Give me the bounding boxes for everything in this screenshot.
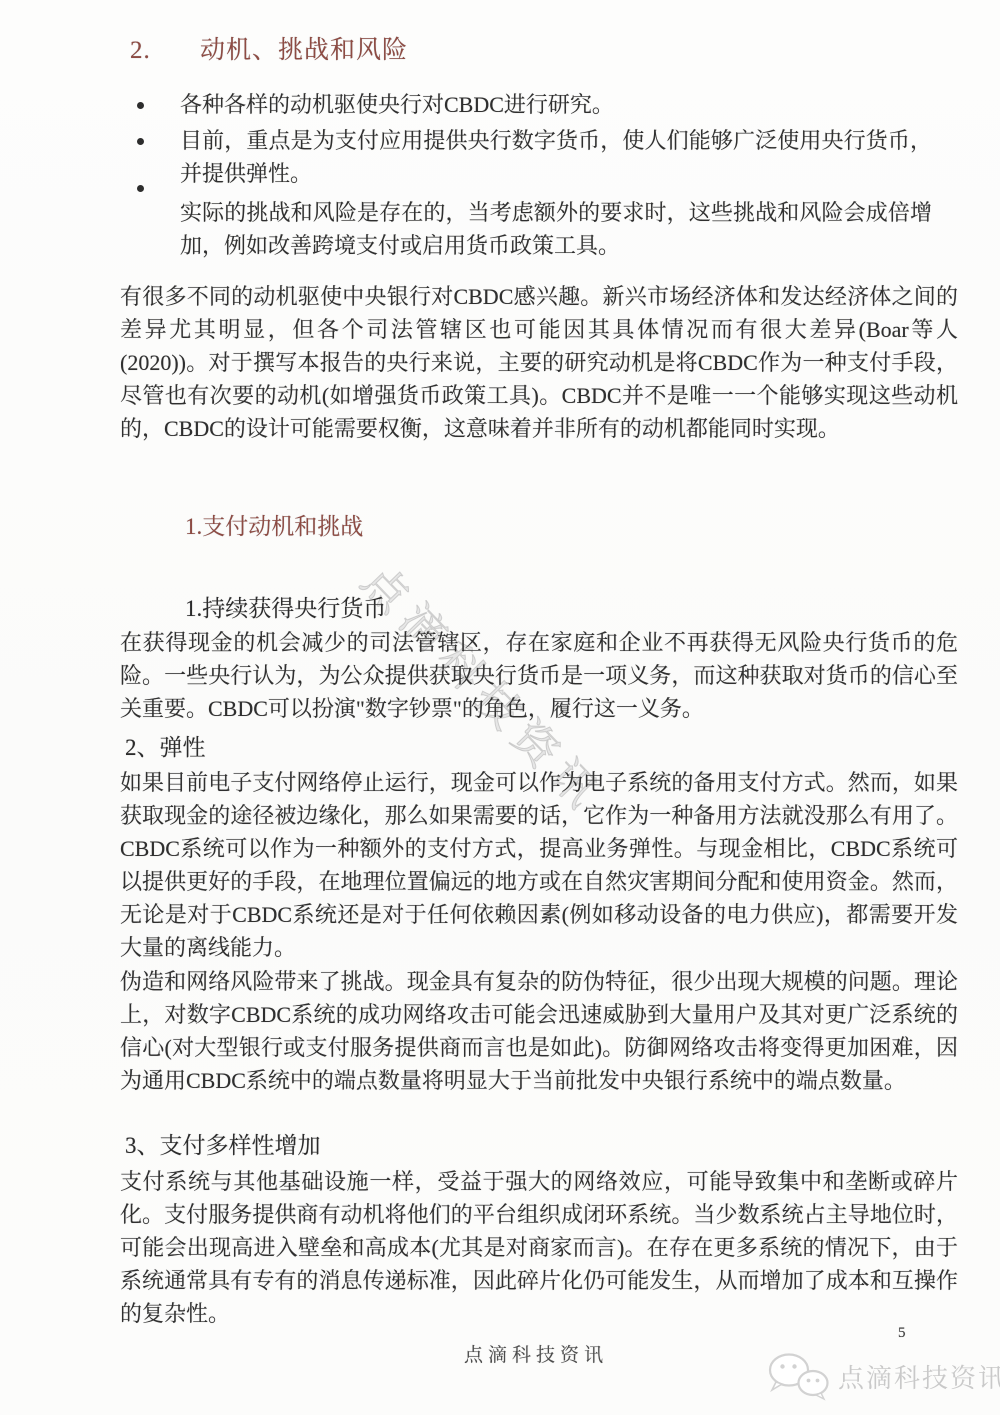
subheading-diversity: 3、支付多样性增加	[125, 1127, 321, 1160]
page-number: 5	[898, 1325, 906, 1342]
subsection-heading-payment: 1.支付动机和挑战	[185, 508, 363, 541]
resilience-paragraph-2: 伪造和网络风险带来了挑战。现金具有复杂的防伪特征，很少出现大规模的问题。理论上，…	[120, 965, 958, 1097]
bullet-dot-icon	[137, 138, 144, 145]
document-page: 点滴科技资讯 2. 动机、挑战和风险 各种各样的动机驱使央行对CBDC进行研究。…	[0, 0, 1000, 1415]
wechat-chat-bubbles-icon	[766, 1350, 832, 1402]
bullet-item: 实际的挑战和风险是存在的，当考虑额外的要求时，这些挑战和风险会成倍增加，例如改善…	[180, 196, 932, 262]
intro-paragraph: 有很多不同的动机驱使中央银行对CBDC感兴趣。新兴市场经济体和发达经济体之间的差…	[120, 280, 958, 445]
section-title: 动机、挑战和风险	[200, 30, 408, 66]
access-paragraph: 在获得现金的机会减少的司法管辖区，存在家庭和企业不再获得无风险央行货币的危险。一…	[120, 626, 958, 725]
brand-watermark: 点滴科技资讯	[766, 1350, 1000, 1402]
section-number: 2.	[130, 37, 200, 65]
bullet-item: 各种各样的动机驱使央行对CBDC进行研究。	[180, 88, 932, 121]
resilience-paragraph-1: 如果目前电子支付网络停止运行，现金可以作为电子系统的备用支付方式。然而，如果获取…	[120, 766, 958, 964]
bullet-dot-icon	[137, 102, 144, 109]
subheading-access: 1.持续获得央行货币	[185, 590, 386, 623]
diversity-paragraph: 支付系统与其他基础设施一样，受益于强大的网络效应，可能导致集中和垄断或碎片化。支…	[120, 1165, 958, 1330]
section-heading: 2. 动机、挑战和风险	[130, 30, 408, 66]
subheading-resilience: 2、弹性	[125, 729, 206, 762]
bullet-item: 目前，重点是为支付应用提供央行数字货币，使人们能够广泛使用央行货币，并提供弹性。	[180, 124, 932, 190]
bullet-dot-icon	[137, 185, 144, 192]
brand-watermark-text: 点滴科技资讯	[838, 1358, 1000, 1395]
